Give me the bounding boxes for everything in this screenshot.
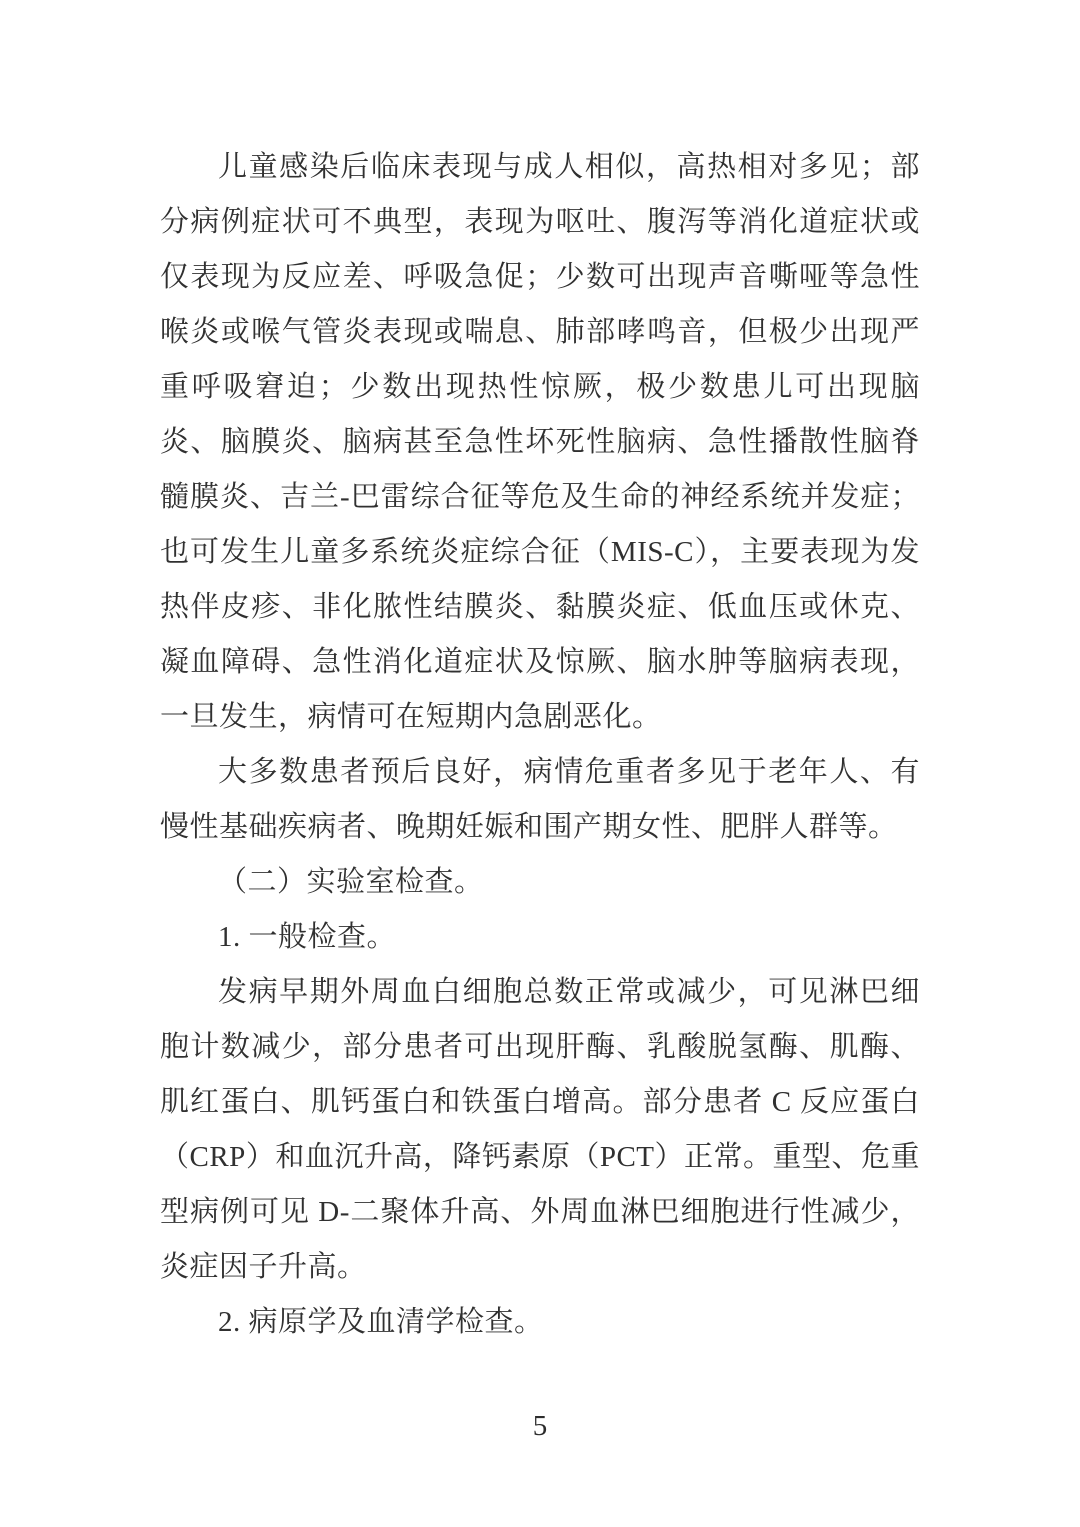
item-general-tests: 1. 一般检查。 [160, 910, 920, 965]
document-body: 儿童感染后临床表现与成人相似，高热相对多见；部分病例症状可不典型，表现为呕吐、腹… [160, 140, 920, 1350]
page-number: 5 [533, 1410, 548, 1442]
item-pathogen-serology-tests: 2. 病原学及血清学检查。 [160, 1295, 920, 1350]
heading-laboratory-tests: （二）实验室检查。 [160, 855, 920, 910]
paragraph-general-test-findings: 发病早期外周血白细胞总数正常或减少，可见淋巴细胞计数减少，部分患者可出现肝酶、乳… [160, 965, 920, 1295]
document-page: 儿童感染后临床表现与成人相似，高热相对多见；部分病例症状可不典型，表现为呕吐、腹… [0, 0, 1080, 1527]
paragraph-children-clinical-features: 儿童感染后临床表现与成人相似，高热相对多见；部分病例症状可不典型，表现为呕吐、腹… [160, 140, 920, 745]
page-footer: 5 [0, 1406, 1080, 1446]
paragraph-prognosis: 大多数患者预后良好，病情危重者多见于老年人、有慢性基础疾病者、晚期妊娠和围产期女… [160, 745, 920, 855]
